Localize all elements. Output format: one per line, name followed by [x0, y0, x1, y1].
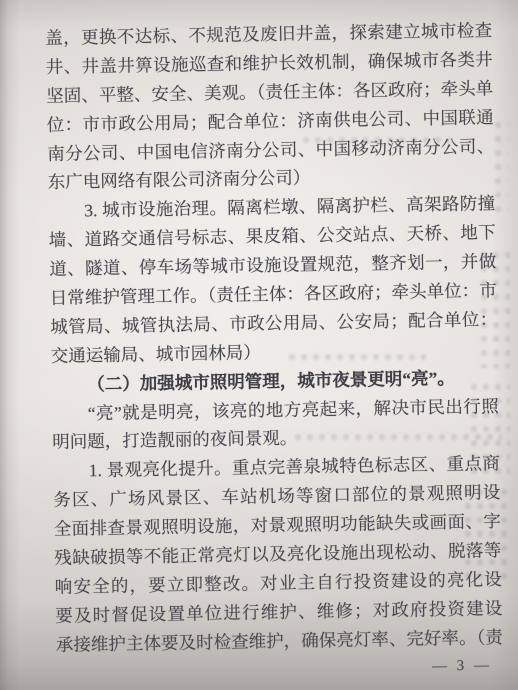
document-page: 盖，更换不达标、不规范及废旧井盖，探索建立城市检查 井、井盖井箅设施巡查和维护长… — [0, 0, 518, 690]
page-number: — 3 — — [432, 657, 492, 675]
document-body: 盖，更换不达标、不规范及废旧井盖，探索建立城市检查 井、井盖井箅设施巡查和维护长… — [45, 16, 503, 659]
